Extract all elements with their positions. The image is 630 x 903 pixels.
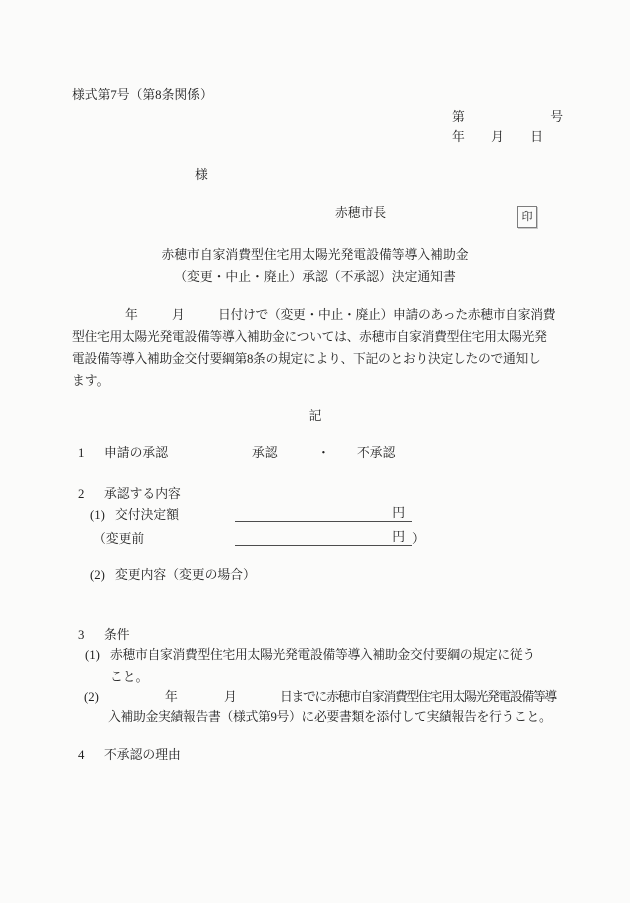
section3-item1-line1: (1) 赤穂市自家消費型住宅用太陽光発電設備等導入補助金交付要綱の規定に従う bbox=[72, 646, 558, 666]
record-heading: 記 bbox=[0, 407, 630, 425]
section1-reject-option: 不承認 bbox=[357, 444, 395, 462]
section2-item1-amount-blank: 円 bbox=[235, 504, 412, 522]
section2-item1-row: (1) 交付決定額 円 bbox=[72, 506, 558, 526]
section2-header: 2 承認する内容 bbox=[72, 485, 558, 505]
section2-item2-label: 変更内容（変更の場合） bbox=[115, 566, 256, 584]
section1-approve-option: 承認 bbox=[252, 444, 278, 462]
section2-item2-row: (2) 変更内容（変更の場合） bbox=[72, 566, 558, 586]
section4-number: 4 bbox=[78, 746, 84, 764]
section2-item1-number: (1) bbox=[90, 506, 105, 524]
section2-number: 2 bbox=[78, 485, 84, 503]
body-paragraph-line1: 年 月 日付けで（変更・中止・廃止）申請のあった赤穂市自家消費 bbox=[72, 306, 558, 326]
section2-item1-sub-label: （変更前 bbox=[93, 530, 144, 548]
body-paragraph-line2: 型住宅用太陽光発電設備等導入補助金については、赤穂市自家消費型住宅用太陽光発 bbox=[72, 328, 547, 346]
section3-label: 条件 bbox=[104, 626, 130, 644]
body-paragraph-line3: 電設備等導入補助金交付要綱第8条の規定により、下記のとおり決定したので通知し bbox=[72, 350, 540, 368]
document-title-line2: （変更・中止・廃止）承認（不承認）決定通知書 bbox=[0, 266, 630, 288]
sender-name: 赤穂市長 bbox=[335, 204, 386, 222]
body-year-label: 年 bbox=[125, 306, 138, 324]
section2-item1-sub-close-paren: ） bbox=[412, 530, 425, 548]
document-page: 様式第7号（第8条関係） 第 号 年 月 日 様 赤穂市長 印 赤穂市自家消費型… bbox=[0, 0, 630, 903]
date-line: 年 月 日 bbox=[452, 128, 543, 146]
section1-row: 1 申請の承認 承認 ・ 不承認 bbox=[72, 444, 558, 464]
section3-number: 3 bbox=[78, 626, 84, 644]
doc-number-prefix: 第 bbox=[452, 108, 465, 126]
section4-header: 4 不承認の理由 bbox=[72, 746, 558, 766]
section3-item2-text-line1: 日までに赤穂市自家消費型住宅用太陽光発電設備等導 bbox=[280, 688, 556, 706]
date-year-label: 年 bbox=[452, 128, 465, 146]
section2-item1-sub-unit: 円 bbox=[392, 530, 405, 544]
document-title-line1: 赤穂市自家消費型住宅用太陽光発電設備等導入補助金 bbox=[0, 244, 630, 266]
body-month-label: 月 bbox=[172, 306, 185, 324]
doc-number-suffix: 号 bbox=[550, 108, 563, 126]
date-day-label: 日 bbox=[530, 128, 543, 146]
date-month-label: 月 bbox=[491, 128, 504, 146]
section3-item2-line2: 入補助金実績報告書（様式第9号）に必要書類を添付して実績報告を行うこと。 bbox=[72, 708, 558, 728]
section1-separator-dot: ・ bbox=[317, 444, 330, 462]
section2-item1-sub-amount-blank: 円 bbox=[235, 528, 412, 546]
section3-header: 3 条件 bbox=[72, 626, 558, 646]
section2-item2-number: (2) bbox=[90, 566, 105, 584]
section3-item1-number: (1) bbox=[85, 646, 100, 664]
seal-stamp: 印 bbox=[517, 206, 537, 228]
section2-item1-unit: 円 bbox=[392, 506, 405, 520]
form-number: 様式第7号（第8条関係） bbox=[72, 86, 213, 104]
body-line1-text: 日付けで（変更・中止・廃止）申請のあった赤穂市自家消費 bbox=[218, 306, 555, 324]
seal-character: 印 bbox=[522, 212, 533, 223]
section3-item1-text-line1: 赤穂市自家消費型住宅用太陽光発電設備等導入補助金交付要綱の規定に従う bbox=[110, 646, 535, 664]
addressee-honorific: 様 bbox=[195, 166, 208, 184]
section3-item1-text-line2: こと。 bbox=[110, 668, 148, 686]
section1-number: 1 bbox=[78, 444, 84, 462]
section3-item2-text-line2: 入補助金実績報告書（様式第9号）に必要書類を添付して実績報告を行うこと。 bbox=[108, 708, 552, 726]
section3-item2-month-label: 月 bbox=[224, 688, 237, 706]
section4-label: 不承認の理由 bbox=[104, 746, 181, 764]
section2-label: 承認する内容 bbox=[104, 485, 181, 503]
section3-item1-line2: こと。 bbox=[72, 668, 558, 688]
section3-item2-number: (2) bbox=[84, 688, 99, 706]
section2-item1-label: 交付決定額 bbox=[115, 506, 179, 524]
doc-number-line: 第 号 bbox=[452, 108, 563, 126]
body-paragraph-line4: ます。 bbox=[72, 372, 109, 390]
section1-label: 申請の承認 bbox=[104, 444, 168, 462]
section3-item2-year-label: 年 bbox=[165, 688, 178, 706]
section2-item1-sub-row: （変更前 円 ） bbox=[72, 530, 558, 550]
section3-item2-line1: (2) 年 月 日までに赤穂市自家消費型住宅用太陽光発電設備等導 bbox=[72, 688, 558, 708]
